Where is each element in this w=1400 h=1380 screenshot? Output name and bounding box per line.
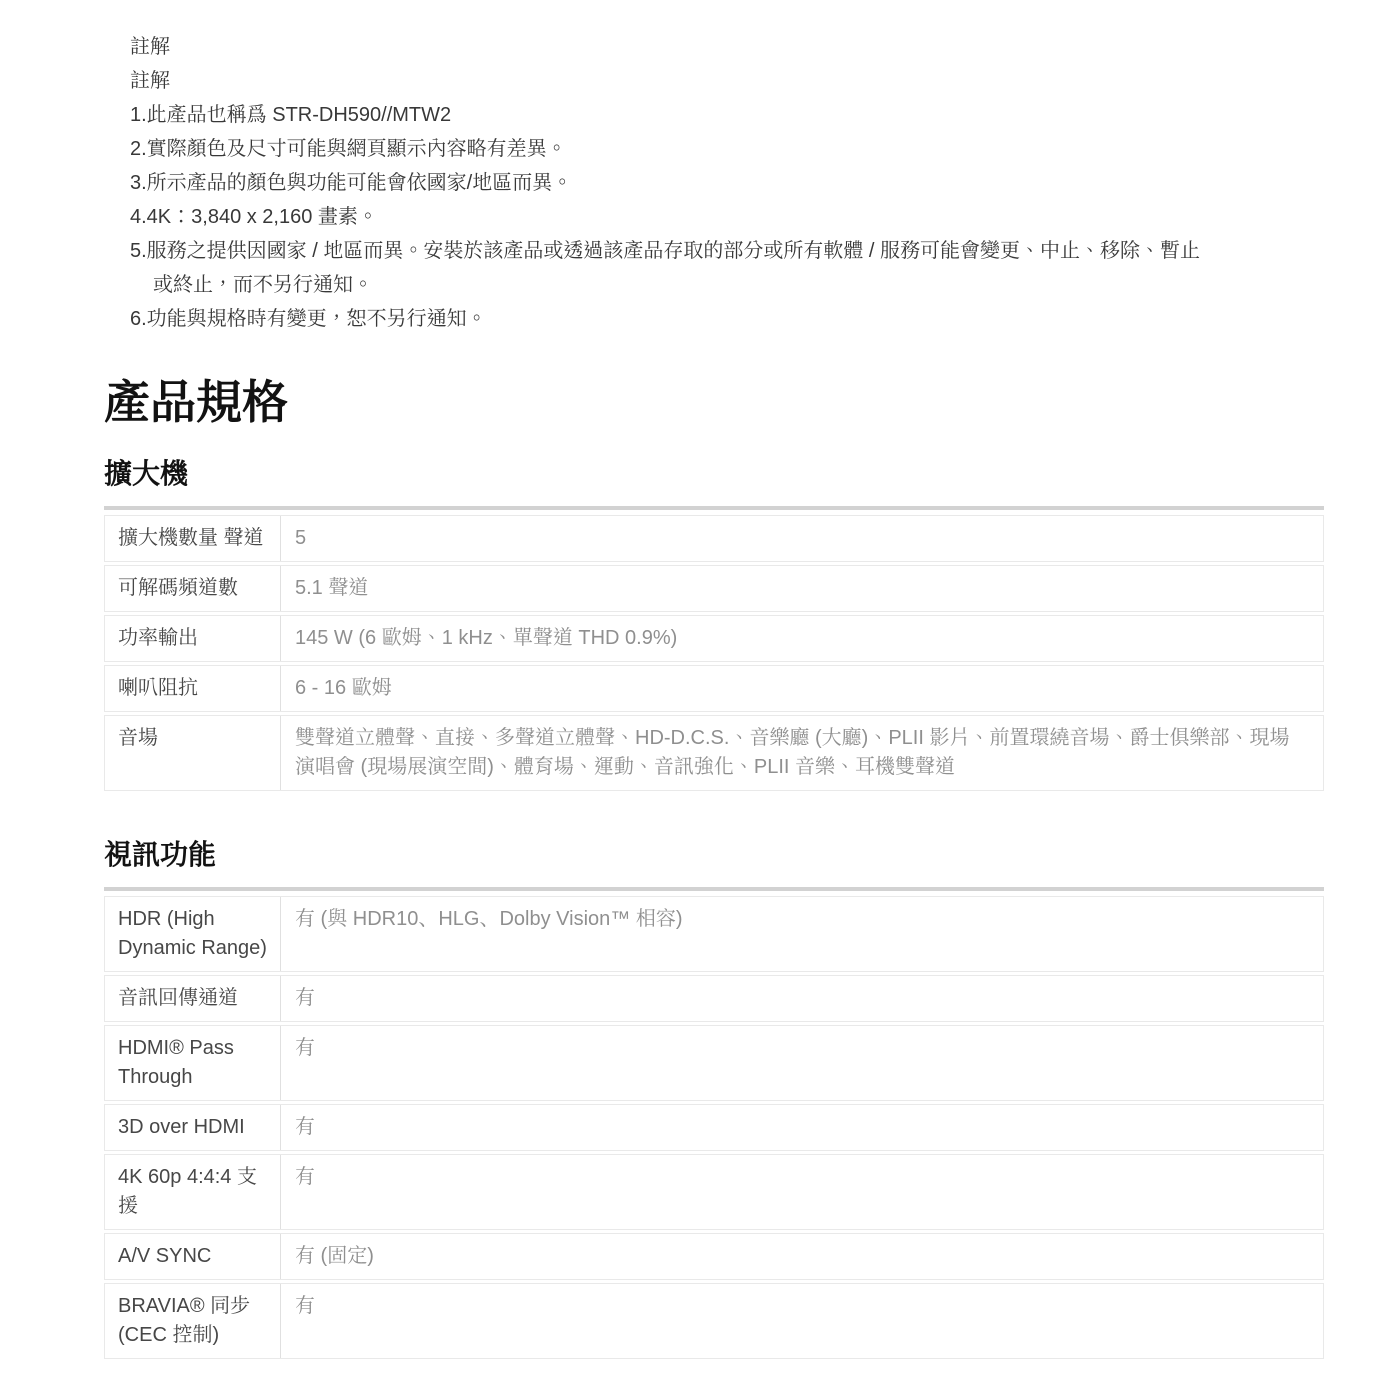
page-title: 產品規格 [104, 374, 1326, 430]
spec-table-video: HDR (High Dynamic Range) 有 (與 HDR10、HLG、… [104, 887, 1324, 1359]
note-item-1: 1.此產品也稱爲 STR-DH590//MTW2 [130, 98, 1326, 132]
page-content: 註解 註解 1.此產品也稱爲 STR-DH590//MTW2 2.實際顏色及尺寸… [104, 0, 1326, 1359]
note-item-4: 4.4K：3,840 x 2,160 畫素。 [130, 200, 1326, 234]
spec-value: 6 - 16 歐姆 [280, 666, 1323, 711]
spec-row-decode-channels: 可解碼頻道數 5.1 聲道 [104, 565, 1324, 612]
note-item-6: 6.功能與規格時有變更，恕不另行通知。 [130, 302, 1326, 336]
table-top-bar [104, 506, 1324, 510]
notes-block: 註解 註解 1.此產品也稱爲 STR-DH590//MTW2 2.實際顏色及尺寸… [130, 0, 1326, 336]
spec-label: A/V SYNC [105, 1234, 280, 1279]
spec-label: 喇叭阻抗 [105, 666, 280, 711]
spec-label: 擴大機數量 聲道 [105, 516, 280, 561]
spec-value: 有 [280, 976, 1323, 1021]
spec-label: 4K 60p 4:4:4 支 援 [105, 1155, 280, 1229]
spec-row-4k60p: 4K 60p 4:4:4 支 援 有 [104, 1154, 1324, 1230]
spec-value: 有 [280, 1105, 1323, 1150]
spec-value: 5.1 聲道 [280, 566, 1323, 611]
note-item-3: 3.所示產品的顏色與功能可能會依國家/地區而異。 [130, 166, 1326, 200]
spec-label: HDMI® Pass Through [105, 1026, 280, 1100]
spec-row-audio-return-channel: 音訊回傳通道 有 [104, 975, 1324, 1022]
spec-value: 有 (與 HDR10、HLG、Dolby Vision™ 相容) [280, 897, 1323, 971]
spec-row-bravia-sync: BRAVIA® 同步 (CEC 控制) 有 [104, 1283, 1324, 1359]
spec-table-amplifier: 擴大機數量 聲道 5 可解碼頻道數 5.1 聲道 功率輸出 145 W (6 歐… [104, 506, 1324, 791]
spec-label: BRAVIA® 同步 (CEC 控制) [105, 1284, 280, 1358]
spec-value: 有 (固定) [280, 1234, 1323, 1279]
spec-value: 5 [280, 516, 1323, 561]
spec-row-3d-over-hdmi: 3D over HDMI 有 [104, 1104, 1324, 1151]
section-title-video: 視訊功能 [104, 837, 1326, 873]
spec-value: 有 [280, 1284, 1323, 1358]
spec-row-sound-field: 音場 雙聲道立體聲、直接、多聲道立體聲、HD-D.C.S.、音樂廳 (大廳)、P… [104, 715, 1324, 791]
spec-value: 145 W (6 歐姆、1 kHz、單聲道 THD 0.9%) [280, 616, 1323, 661]
table-top-bar [104, 887, 1324, 891]
spec-value: 有 [280, 1026, 1323, 1100]
note-item-2: 2.實際顏色及尺寸可能與網頁顯示內容略有差異。 [130, 132, 1326, 166]
spec-label: 音訊回傳通道 [105, 976, 280, 1021]
spec-row-speaker-impedance: 喇叭阻抗 6 - 16 歐姆 [104, 665, 1324, 712]
product-spec-page: 註解 註解 1.此產品也稱爲 STR-DH590//MTW2 2.實際顏色及尺寸… [0, 0, 1400, 1380]
spec-row-hdr: HDR (High Dynamic Range) 有 (與 HDR10、HLG、… [104, 896, 1324, 972]
spec-row-amp-channels: 擴大機數量 聲道 5 [104, 515, 1324, 562]
spec-row-av-sync: A/V SYNC 有 (固定) [104, 1233, 1324, 1280]
notes-subheading: 註解 [130, 64, 1326, 98]
spec-label: 可解碼頻道數 [105, 566, 280, 611]
note-item-5: 5.服務之提供因國家 / 地區而異。安裝於該產品或透過該產品存取的部分或所有軟體… [130, 234, 1326, 302]
spec-label: 3D over HDMI [105, 1105, 280, 1150]
spec-label: 功率輸出 [105, 616, 280, 661]
spec-label: HDR (High Dynamic Range) [105, 897, 280, 971]
spec-row-power-output: 功率輸出 145 W (6 歐姆、1 kHz、單聲道 THD 0.9%) [104, 615, 1324, 662]
spec-label: 音場 [105, 716, 280, 790]
section-title-amplifier: 擴大機 [104, 456, 1326, 492]
spec-value: 有 [280, 1155, 1323, 1229]
spec-value: 雙聲道立體聲、直接、多聲道立體聲、HD-D.C.S.、音樂廳 (大廳)、PLII… [280, 716, 1323, 790]
notes-heading: 註解 [130, 30, 1326, 64]
spec-row-hdmi-pass-through: HDMI® Pass Through 有 [104, 1025, 1324, 1101]
